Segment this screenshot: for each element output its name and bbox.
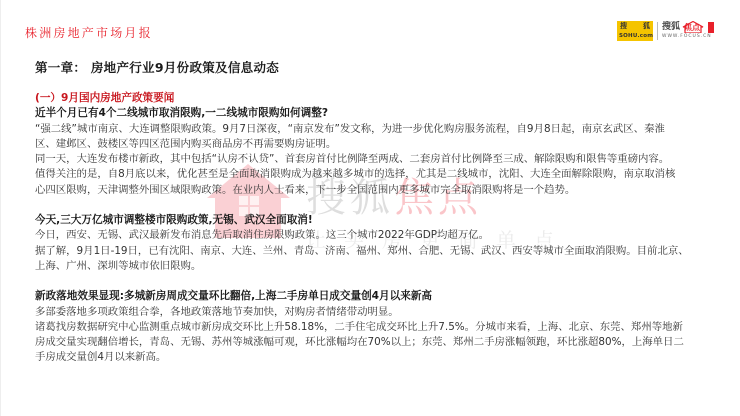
sohu-logo: 搜 狐 SOHU.com [617, 21, 653, 41]
news-title-3: 新政落地效果显现:多城新房周成交量环比翻倍,上海二手房单日成交量创4月以来新高 [35, 289, 725, 304]
news-3-line-3: 房成交量实现翻倍增长，青岛、无锡、苏州等城涨幅可观，环比涨幅均在70%以上；东莞… [35, 335, 725, 350]
sohu-logo-domain: SOHU.com [619, 33, 653, 39]
news-1-line-5: 心四区限购，天津调整外围区域限购政策。在业内人士看来，下一步全国范围内更多城市完… [35, 183, 725, 198]
focus-red-tag [708, 22, 714, 33]
spacer [35, 274, 725, 289]
news-title-2: 今天,三大万亿城市调整楼市限购政策,无锡、武汉全面取消! [35, 213, 725, 228]
news-1-line-2: 区、建邺区、鼓楼区等四区范围内购买商品房不再需要购房证明。 [35, 137, 725, 152]
chapter-title: 第一章： 房地产行业9月份政策及信息动态 [35, 58, 279, 76]
news-1-line-1: “强二线”城市南京、大连调整限购政策。9月7日深夜，“南京发布”发文称，为进一步… [35, 122, 725, 137]
news-3-line-1: 多部委落地多项政策组合拳，各地政策落地节奏加快，对购房者情绪带动明显。 [35, 305, 725, 320]
sohu-logo-char-2: 狐 [643, 22, 650, 30]
brand-logos: 搜 狐 SOHU.com 搜狐 焦点 WWW.FOCUS.CN [617, 21, 716, 41]
focus-logo-name: 搜狐 [662, 21, 680, 33]
report-page: 株洲房地产市场月报 搜 狐 SOHU.com 搜狐 焦点 WWW.FOCUS.C… [0, 0, 740, 416]
news-title-1: 近半个月已有4个二线城市取消限购,一二线城市限购如何调整? [35, 106, 725, 121]
news-2-line-2: 据了解，9月1日-19日，已有沈阳、南京、大连、兰州、青岛、济南、福州、郑州、合… [35, 244, 725, 259]
news-1-line-4: 值得关注的是，自8月底以来，优化甚至是全面取消限购成为越来越多城市的选择，尤其是… [35, 167, 725, 182]
article-content: (一）9月国内房地产政策要闻 近半个月已有4个二线城市取消限购,一二线城市限购如… [35, 91, 725, 366]
focus-logo-url: WWW.FOCUS.CN [662, 34, 712, 40]
section-heading: (一）9月国内房地产政策要闻 [35, 91, 725, 106]
news-1-line-3: 同一天，大连发布楼市新政，其中包括“认房不认贷”、首套房首付比例降至两成、二套房… [35, 152, 725, 167]
sohu-logo-char-1: 搜 [620, 22, 627, 30]
page-header: 株洲房地产市场月报 搜 狐 SOHU.com 搜狐 焦点 WWW.FOCUS.C… [1, 0, 740, 48]
logo-divider [657, 22, 658, 40]
news-3-line-2: 诸葛找房数据研究中心监测重点城市新房成交环比上升58.18%，二手住宅成交环比上… [35, 320, 725, 335]
news-2-line-3: 上海、广州、深圳等城市依旧限购。 [35, 259, 725, 274]
focus-logo-house-text: 焦点 [684, 23, 700, 33]
news-2-line-1: 今日，西安、无锡、武汉最新发布消息先后取消住房限购政策。这三个城市2022年GD… [35, 228, 725, 243]
news-3-line-4: 手房成交量创4月以来新高。 [35, 350, 725, 365]
report-title: 株洲房地产市场月报 [25, 24, 153, 41]
focus-logo: 搜狐 焦点 WWW.FOCUS.CN [662, 21, 716, 41]
spacer [35, 198, 725, 213]
